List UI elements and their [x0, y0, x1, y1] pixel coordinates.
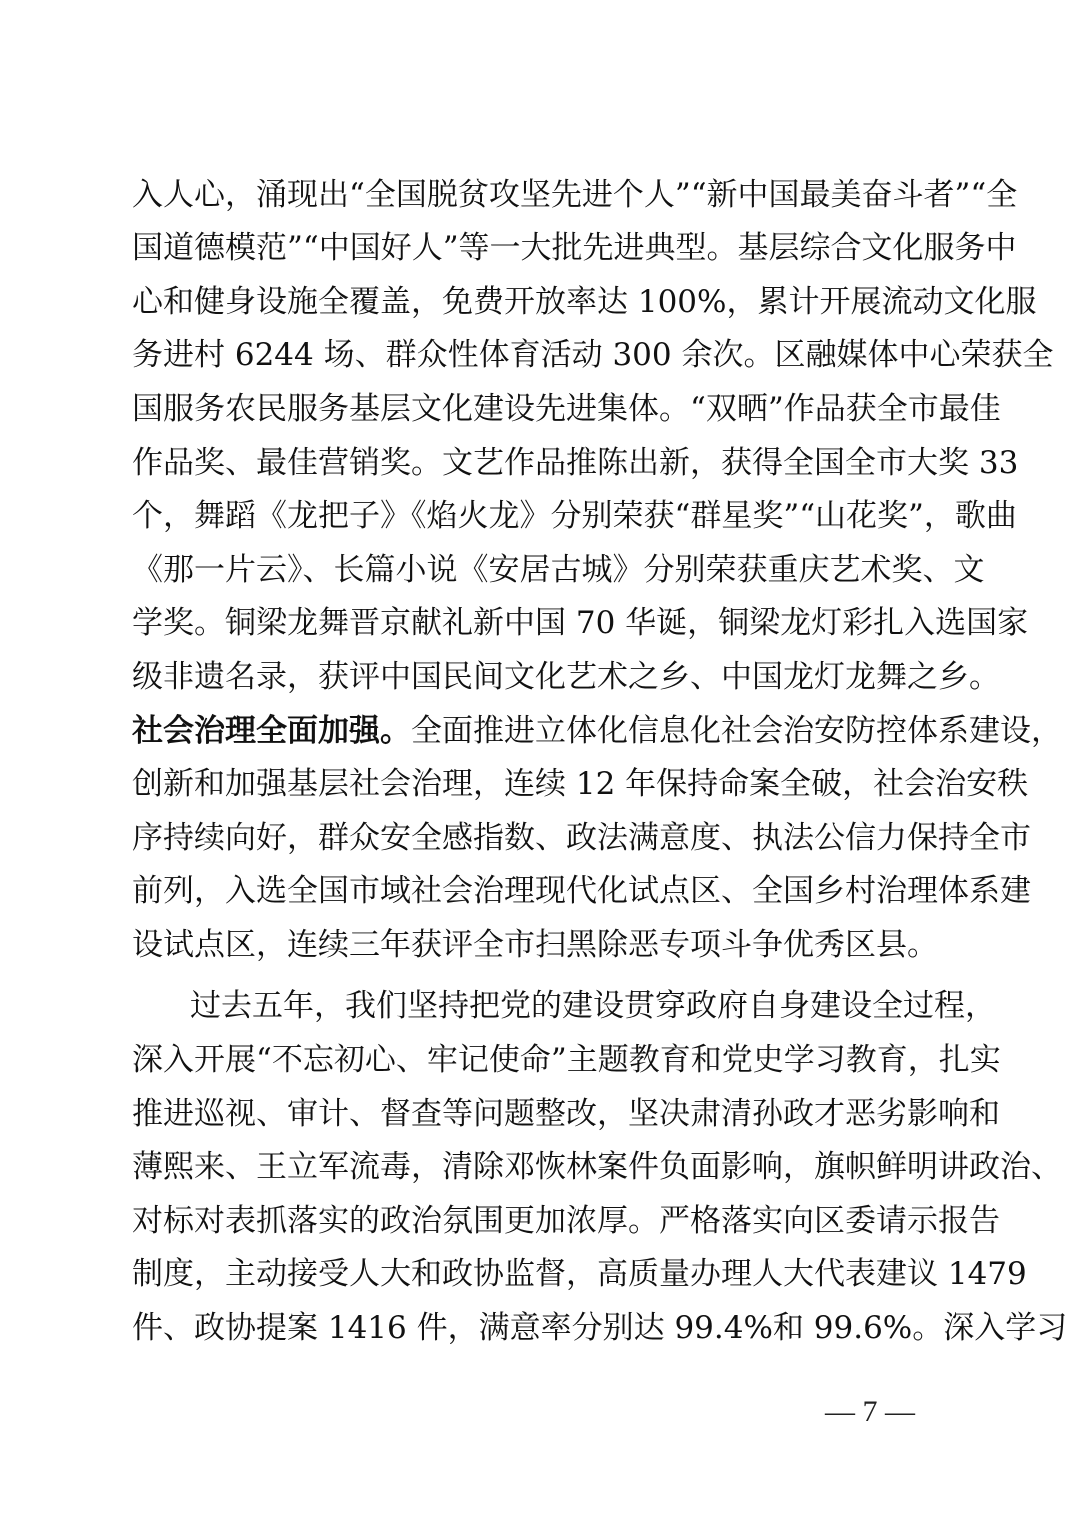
- text-line: 件、政协提案 1416 件，满意率分别达 99.4%和 99.6%。深入学习: [132, 1308, 944, 1348]
- text-line: 心和健身设施全覆盖，免费开放率达 100%，累计开展流动文化服: [132, 282, 944, 322]
- text-line: 前列，入选全国市域社会治理现代化试点区、全国乡村治理体系建: [132, 871, 944, 911]
- text-line: 国道德模范”“中国好人”等一大批先进典型。基层综合文化服务中: [132, 228, 944, 268]
- text-line: 推进巡视、审计、督查等问题整改，坚决肃清孙政才恶劣影响和: [132, 1094, 944, 1134]
- section-text: 全面推进立体化信息化社会治安防控体系建设，: [411, 713, 1062, 749]
- text-line: 国服务农民服务基层文化建设先进集体。“双晒”作品获全市最佳: [132, 389, 944, 429]
- text-line: 序持续向好，群众安全感指数、政法满意度、执法公信力保持全市: [132, 818, 944, 858]
- text-line: 级非遗名录，获评中国民间文化艺术之乡、中国龙灯龙舞之乡。: [132, 657, 944, 697]
- text-line: 作品奖、最佳营销奖。文艺作品推陈出新，获得全国全市大奖 33: [132, 443, 944, 483]
- paragraph-first-line: 过去五年，我们坚持把党的建设贯穿政府自身建设全过程，: [190, 986, 944, 1026]
- text-line: 《那一片云》、长篇小说《安居古城》分别荣获重庆艺术奖、文: [132, 550, 944, 590]
- page-number: — 7 —: [820, 1392, 920, 1432]
- text-line: 制度，主动接受人大和政协监督，高质量办理人大代表建议 1479: [132, 1254, 944, 1294]
- text-line: 创新和加强基层社会治理，连续 12 年保持命案全破，社会治安秩: [132, 764, 944, 804]
- text-line: 薄熙来、王立军流毒，清除邓恢林案件负面影响，旗帜鲜明讲政治、: [132, 1147, 944, 1187]
- text-line: 务进村 6244 场、群众性体育活动 300 余次。区融媒体中心荣获全: [132, 335, 944, 375]
- section-first-line: 社会治理全面加强。全面推进立体化信息化社会治安防控体系建设，: [132, 711, 944, 751]
- text-line: 对标对表抓落实的政治氛围更加浓厚。严格落实向区委请示报告: [132, 1201, 944, 1241]
- text-line: 个，舞蹈《龙把子》《焰火龙》分别荣获“群星奖”“山花奖”，歌曲: [132, 496, 944, 536]
- text-line: 学奖。铜梁龙舞晋京献礼新中国 70 华诞，铜梁龙灯彩扎入选国家: [132, 603, 944, 643]
- document-page: 入人心，涌现出“全国脱贫攻坚先进个人”“新中国最美奋斗者”“全 国道德模范”“中…: [0, 0, 1074, 1520]
- section-heading: 社会治理全面加强。: [132, 713, 411, 749]
- text-line: 设试点区，连续三年获评全市扫黑除恶专项斗争优秀区县。: [132, 925, 944, 965]
- text-line: 深入开展“不忘初心、牢记使命”主题教育和党史学习教育，扎实: [132, 1040, 944, 1080]
- text-line: 入人心，涌现出“全国脱贫攻坚先进个人”“新中国最美奋斗者”“全: [132, 175, 944, 215]
